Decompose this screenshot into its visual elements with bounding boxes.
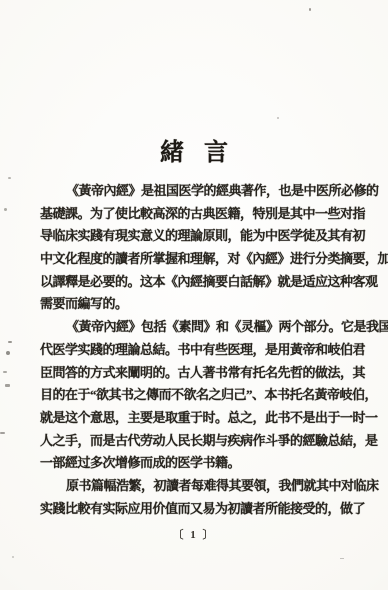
scan-speck [3, 371, 7, 373]
text-line: 臣問答的方式来闡明的。古人著书常有托名先哲的做法，其 [40, 362, 354, 385]
scan-speck [12, 556, 14, 558]
scan-speck [0, 432, 5, 434]
scan-speck [5, 384, 10, 387]
text-line: 《黃帝內經》包括《素問》和《灵樞》两个部分。它是我国古 [40, 316, 354, 339]
title-char-2: 言 [204, 132, 228, 167]
text-line: 目的在于“欲其书之傳而不欲名之归己”、本书托名黃帝岐伯， [40, 384, 354, 407]
text-line: 实踐比較有实际应用价值而又易为初讀者所能接受的，做了 [40, 498, 354, 521]
text-line: 《黃帝內經》是祖国医学的經典著作，也是中医所必修的 [40, 180, 354, 203]
text-line: 以譯釋是必要的。这本《內經摘要白話解》就是适应这种客观 [40, 271, 354, 294]
book-page: 緒言 《黃帝內經》是祖国医学的經典著作，也是中医所必修的基礎課。为了使比較高深的… [0, 0, 388, 590]
scan-speck [309, 8, 311, 11]
page-number: 〔 1 〕 [0, 526, 388, 542]
text-line: 就是这个意思，主要是取重于时。总之，此书不是出于一时一 [40, 407, 354, 430]
scan-speck [8, 341, 12, 343]
scan-speck [6, 351, 10, 355]
text-line: 基礎課。为了使比較高深的古典医籍，特別是其中一些对指 [40, 203, 354, 226]
text-line: 需要而編写的。 [40, 293, 354, 316]
text-line: 原书篇幅浩繁，初讀者每难得其要領，我們就其中对临床 [40, 475, 354, 498]
scan-speck [277, 117, 279, 119]
scan-speck [4, 208, 7, 211]
scan-speck [340, 558, 344, 559]
title-char-1: 緒 [160, 132, 184, 167]
text-line: 中文化程度的讀者所掌握和理解，对《內經》进行分类摘要，加 [40, 248, 354, 271]
body-text: 《黃帝內經》是祖国医学的經典著作，也是中医所必修的基礎課。为了使比較高深的古典医… [40, 180, 354, 520]
text-line: 导临床实踐有現实意义的理論原則，能为中医学徒及其有初 [40, 225, 354, 248]
text-line: 人之手，而是古代劳动人民长期与疾病作斗爭的經驗总結，是 [40, 430, 354, 453]
text-line: 代医学实踐的理論总結。书中有些医理，是用黃帝和岐伯君 [40, 339, 354, 362]
text-line: 一部經过多次增修而成的医学书籍。 [40, 452, 354, 475]
scan-speck [8, 177, 11, 179]
page-title: 緒言 [0, 132, 388, 167]
